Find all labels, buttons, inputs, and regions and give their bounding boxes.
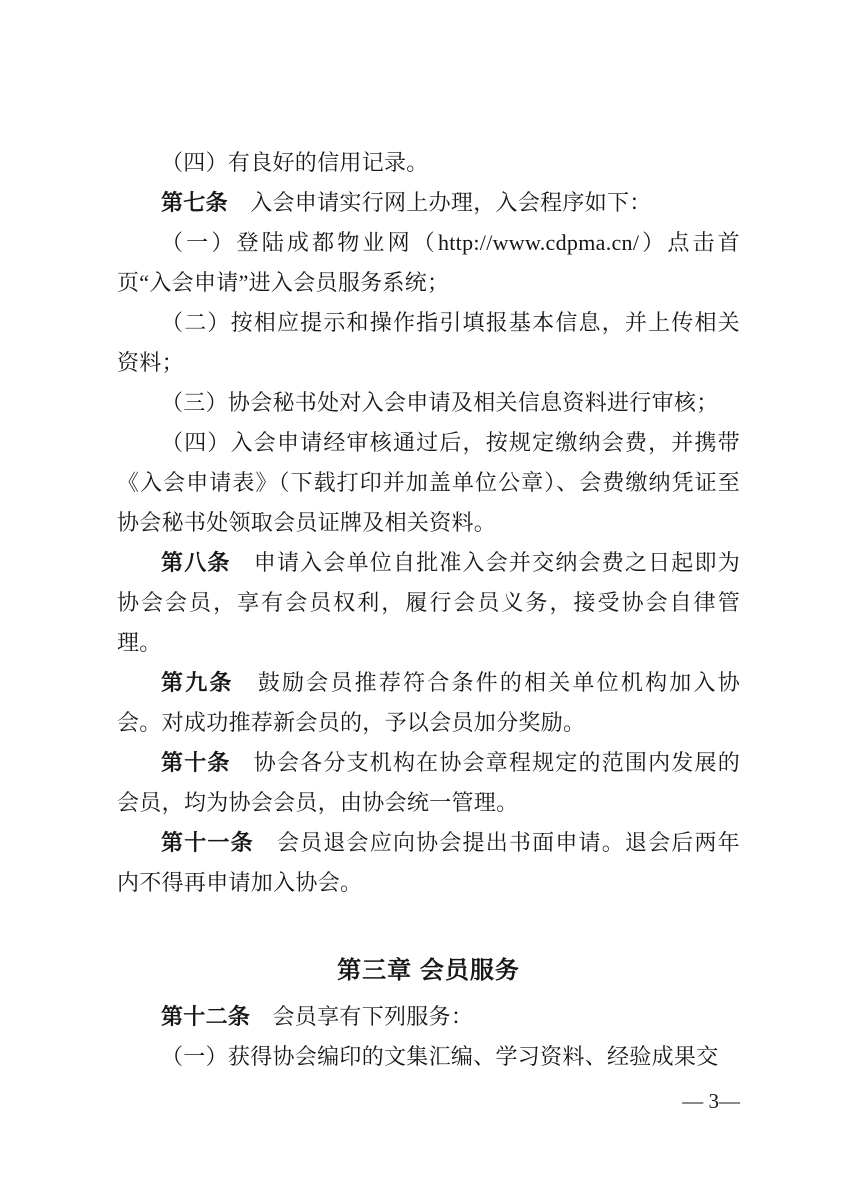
paragraph-text: （一）登陆成都物业网（http://www.cdpma.cn/）点击首页“入会申… <box>117 230 740 295</box>
article-number: 第十二条 <box>161 1004 250 1029</box>
paragraph-text: 会员享有下列服务： <box>250 1004 473 1029</box>
paragraph-text: （四）有良好的信用记录。 <box>161 150 429 175</box>
paragraph: （一）登陆成都物业网（http://www.cdpma.cn/）点击首页“入会申… <box>117 223 740 303</box>
paragraph: （四）入会申请经审核通过后，按规定缴纳会费，并携带《入会申请表》（下载打印并加盖… <box>117 423 740 543</box>
paragraph: 第十一条 会员退会应向协会提出书面申请。退会后两年内不得再申请加入协会。 <box>117 823 740 903</box>
article-number: 第十一条 <box>161 830 254 855</box>
paragraph: （一）获得协会编印的文集汇编、学习资料、经验成果交 <box>117 1037 740 1077</box>
paragraph: 第十条 协会各分支机构在协会章程规定的范围内发展的会员，均为协会会员，由协会统一… <box>117 743 740 823</box>
paragraph-text: 入会申请实行网上办理，入会程序如下： <box>228 190 652 215</box>
paragraph: 第八条 申请入会单位自批准入会并交纳会费之日起即为协会会员，享有会员权利，履行会… <box>117 543 740 663</box>
paragraph-text: （四）入会申请经审核通过后，按规定缴纳会费，并携带《入会申请表》（下载打印并加盖… <box>117 430 740 535</box>
paragraph-text: （三）协会秘书处对入会申请及相关信息资料进行审核； <box>161 390 719 415</box>
paragraph: 第七条 入会申请实行网上办理，入会程序如下： <box>117 183 740 223</box>
paragraph: （三）协会秘书处对入会申请及相关信息资料进行审核； <box>117 383 740 423</box>
article-number: 第十条 <box>161 750 231 775</box>
chapter-heading: 第三章 会员服务 <box>117 951 740 991</box>
article-number: 第九条 <box>161 670 234 695</box>
article-number: 第七条 <box>161 190 228 215</box>
article-number: 第八条 <box>161 550 231 575</box>
page-number: — 3— <box>682 1086 740 1116</box>
document-page: （四）有良好的信用记录。 第七条 入会申请实行网上办理，入会程序如下： （一）登… <box>0 0 850 1203</box>
paragraph: （四）有良好的信用记录。 <box>117 143 740 183</box>
paragraph: 第十二条 会员享有下列服务： <box>117 997 740 1037</box>
document-content: （四）有良好的信用记录。 第七条 入会申请实行网上办理，入会程序如下： （一）登… <box>117 143 740 1077</box>
paragraph: 第九条 鼓励会员推荐符合条件的相关单位机构加入协会。对成功推荐新会员的，予以会员… <box>117 663 740 743</box>
paragraph-text: （一）获得协会编印的文集汇编、学习资料、经验成果交 <box>161 1044 719 1069</box>
paragraph: （二）按相应提示和操作指引填报基本信息，并上传相关资料； <box>117 303 740 383</box>
paragraph-text: （二）按相应提示和操作指引填报基本信息，并上传相关资料； <box>117 310 740 375</box>
